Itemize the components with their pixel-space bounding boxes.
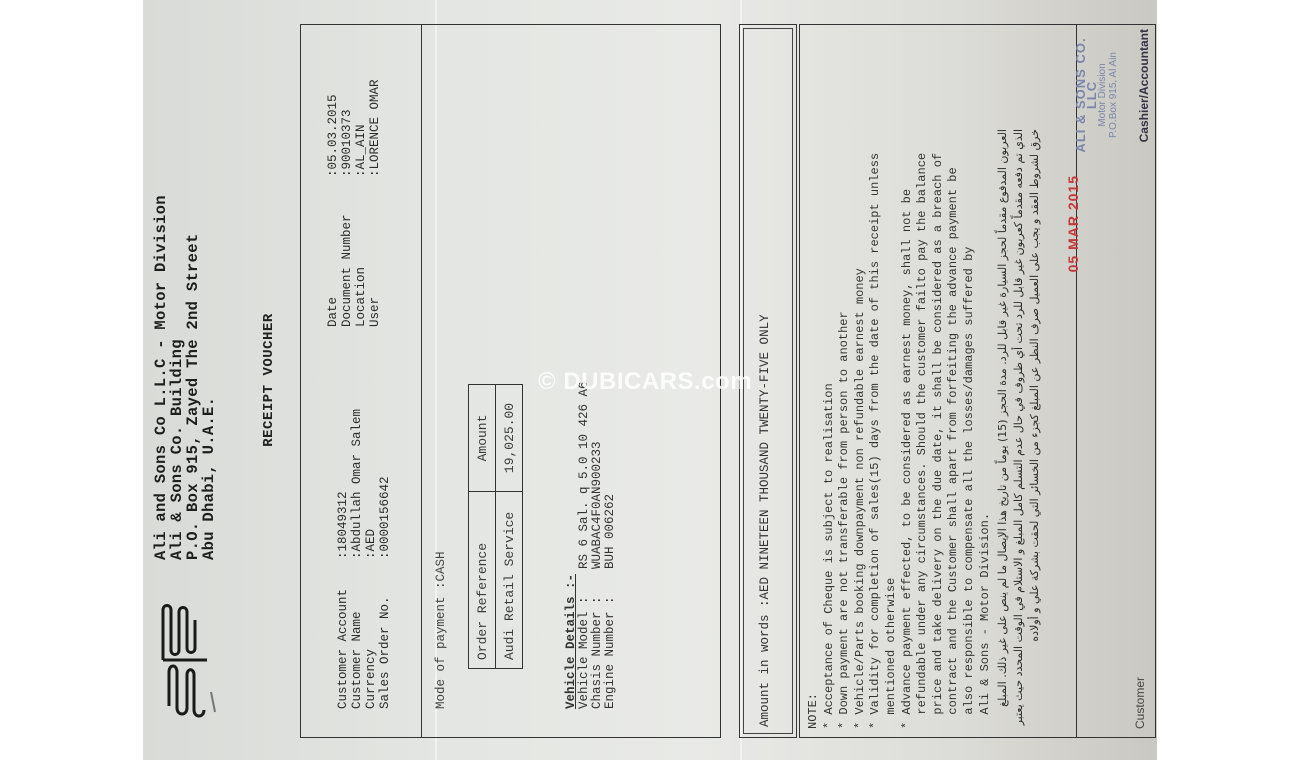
customer-details: Customer Account:18049312 Customer Name:… — [336, 409, 392, 709]
order-table: Order Reference Amount Audi Retail Servi… — [468, 384, 523, 669]
arabic-terms: العربون المدفوع مقدماً لحجز السيارة غير … — [995, 129, 1043, 729]
amount-in-words: Amount in words :AED NINETEEN THOUSAND T… — [758, 314, 772, 727]
sales-order-number: :0000156642 — [378, 476, 392, 559]
document-title: RECEIPT VOUCHER — [261, 0, 277, 760]
table-header-row: Order Reference Amount — [469, 385, 496, 669]
customer-account: :18049312 — [336, 491, 350, 559]
vehicle-details: Vehicle Details :- Vehicle Model :RS 6 S… — [565, 381, 617, 709]
customer-name: :Abdullah Omar Salem — [350, 409, 364, 559]
cashier-signature-label: Cashier/Accountant — [1137, 29, 1151, 142]
watermark: © DUBICARS.com — [538, 368, 752, 396]
currency: :AED — [364, 529, 378, 559]
company-stamp: ALI & SONS CO. LLC Motor Division P.O.Bo… — [1075, 35, 1133, 155]
terms-notes: NOTE: * Acceptance of Cheque is subject … — [806, 153, 993, 729]
document-number: :90010373 — [340, 109, 354, 177]
customer-info-box: Customer Account:18049312 Customer Name:… — [300, 24, 422, 738]
date-stamp: 05 MAR 2015 — [1065, 175, 1081, 272]
table-row: Audi Retail Service 19,025.00 — [496, 385, 523, 669]
company-logo-icon — [149, 600, 217, 720]
customer-signature-label: Customer — [1133, 677, 1147, 729]
signature-box: Customer 05 MAR 2015 ALI & SONS CO. LLC … — [1075, 24, 1156, 738]
document-date: :05.03.2015 — [326, 94, 340, 177]
user: :LORENCE OMAR — [368, 79, 382, 177]
notes-box: NOTE: * Acceptance of Cheque is subject … — [799, 24, 1077, 738]
document-meta: Date:05.03.2015 Document Number:90010373… — [326, 79, 382, 327]
payment-mode: Mode of payment :CASH — [434, 551, 448, 709]
company-address: Ali and Sons Co L.L.C - Motor Division A… — [153, 195, 217, 560]
location: :AL_AIN — [354, 124, 368, 177]
engine-number: BUH 006262 — [604, 494, 617, 569]
